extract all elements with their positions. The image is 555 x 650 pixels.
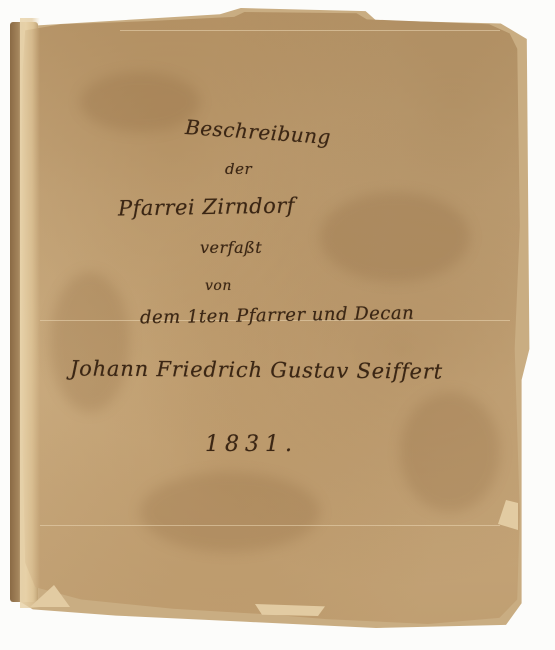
stain xyxy=(140,472,320,552)
cover-binding-strip xyxy=(20,18,40,608)
year-line: 1831. xyxy=(205,432,298,457)
article-line: der xyxy=(225,160,252,178)
by-line: von xyxy=(205,278,232,294)
stain xyxy=(50,272,130,412)
stain xyxy=(320,192,470,282)
photo-scene: Beschreibung der Pfarrei Zirndorf verfaß… xyxy=(0,0,555,650)
stain xyxy=(80,72,200,132)
stain xyxy=(400,392,500,512)
crease xyxy=(40,525,500,526)
composed-line: verfaßt xyxy=(200,238,262,257)
author-name-line: Johann Friedrich Gustav Seiffert xyxy=(70,356,443,383)
crease xyxy=(120,30,500,31)
parish-line: Pfarrei Zirndorf xyxy=(118,193,295,220)
